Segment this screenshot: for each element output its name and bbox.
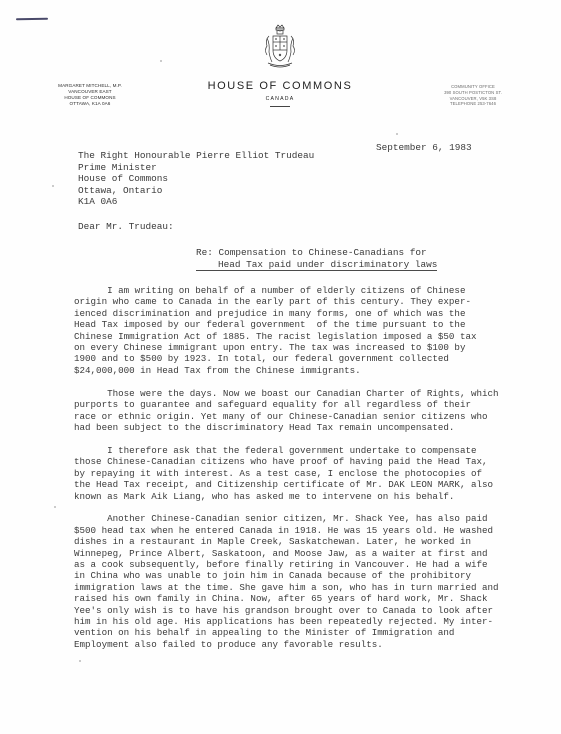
body-paragraph: Those were the days. Now we boast our Ca… [74, 388, 534, 434]
letter-page: MARGARET MITCHELL, M.P. VANCOUVER EAST H… [0, 0, 561, 734]
scan-speck [54, 506, 56, 508]
scan-speck [79, 660, 81, 662]
letterhead-community-office: COMMUNITY OFFICE 390 SOUTH POSTICTON ST.… [418, 84, 528, 107]
subject-line-2: Head Tax paid under discriminatory laws [196, 259, 437, 271]
subject-line-1: Re: Compensation to Chinese-Canadians fo… [196, 247, 437, 259]
body-line: the Head Tax receipt, and Citizenship ce… [74, 479, 534, 490]
scan-speck [396, 133, 398, 135]
body-line: race or ethnic origin. Yet many of our C… [74, 411, 534, 422]
body-line: Yee's only wish is to have his grandson … [74, 605, 534, 616]
coat-of-arms-icon [255, 22, 305, 70]
body-line: Head Tax imposed by our federal governme… [74, 319, 534, 330]
body-paragraph: I therefore ask that the federal governm… [74, 445, 534, 502]
subject-line: Re: Compensation to Chinese-Canadians fo… [196, 247, 437, 271]
recipient-city: Ottawa, Ontario [78, 185, 314, 197]
pen-mark [16, 18, 48, 21]
body-line: Winnepeg, Prince Albert, Saskatoon, and … [74, 548, 534, 559]
recipient-office: House of Commons [78, 173, 314, 185]
body-line: Those were the days. Now we boast our Ca… [74, 388, 534, 399]
body-line: on every Chinese immigrant upon entry. T… [74, 342, 534, 353]
office-phone: TELEPHONE 253-7646 [418, 101, 528, 107]
body-line: $500 head tax when he entered Canada in … [74, 525, 534, 536]
body-line: known as Mark Aik Liang, who has asked m… [74, 491, 534, 502]
body-line: vention on his behalf in appealing to th… [74, 627, 534, 638]
body-line: raised his own family in China. Now, aft… [74, 593, 534, 604]
body-line: purports to guarantee and safeguard equa… [74, 399, 534, 410]
letterhead-title-block: HOUSE OF COMMONS CANADA [180, 80, 380, 107]
recipient-postal-code: K1A 0A6 [78, 196, 314, 208]
body-line: ienced discrimination and prejudice in m… [74, 308, 534, 319]
body-line: 1900 and to $500 by 1923. In total, our … [74, 353, 534, 364]
body-line: as a cook subsequently, before finally r… [74, 559, 534, 570]
recipient-name: The Right Honourable Pierre Elliot Trude… [78, 150, 314, 162]
member-city: OTTAWA, K1A 0A6 [40, 101, 140, 107]
body-line: in China who was unable to join him in C… [74, 570, 534, 581]
letterhead-title: HOUSE OF COMMONS [180, 80, 380, 93]
salutation: Dear Mr. Trudeau: [78, 221, 174, 233]
body-line: by repaying it with interest. As a test … [74, 468, 534, 479]
body-line: immigration laws at the time. She gave h… [74, 582, 534, 593]
body-line: Chinese Immigration Act of 1885. The rac… [74, 331, 534, 342]
scan-speck [160, 60, 162, 62]
body-paragraph: I am writing on behalf of a number of el… [74, 285, 534, 376]
body-line: I therefore ask that the federal governm… [74, 445, 534, 456]
letter-body: I am writing on behalf of a number of el… [74, 285, 534, 662]
recipient-address: The Right Honourable Pierre Elliot Trude… [78, 150, 314, 208]
body-line: Employment also failed to produce any fa… [74, 639, 534, 650]
recipient-title: Prime Minister [78, 162, 314, 174]
scan-speck [52, 185, 54, 187]
body-line: I am writing on behalf of a number of el… [74, 285, 534, 296]
body-paragraph: Another Chinese-Canadian senior citizen,… [74, 513, 534, 650]
letterhead-member-address: MARGARET MITCHELL, M.P. VANCOUVER EAST H… [40, 83, 140, 107]
letterhead-subtitle: CANADA [180, 96, 380, 103]
body-line: him in his old age. His applications has… [74, 616, 534, 627]
letter-date: September 6, 1983 [376, 142, 472, 154]
body-line: had been subject to the discriminatory H… [74, 422, 534, 433]
body-line: Another Chinese-Canadian senior citizen,… [74, 513, 534, 524]
letterhead-rule [270, 106, 290, 107]
body-line: origin who came to Canada in the early p… [74, 296, 534, 307]
body-line: those Chinese-Canadian citizens who have… [74, 456, 534, 467]
body-line: dishes in a restaurant in Maple Creek, S… [74, 536, 534, 547]
body-line: $24,000,000 in Head Tax from the Chinese… [74, 365, 534, 376]
